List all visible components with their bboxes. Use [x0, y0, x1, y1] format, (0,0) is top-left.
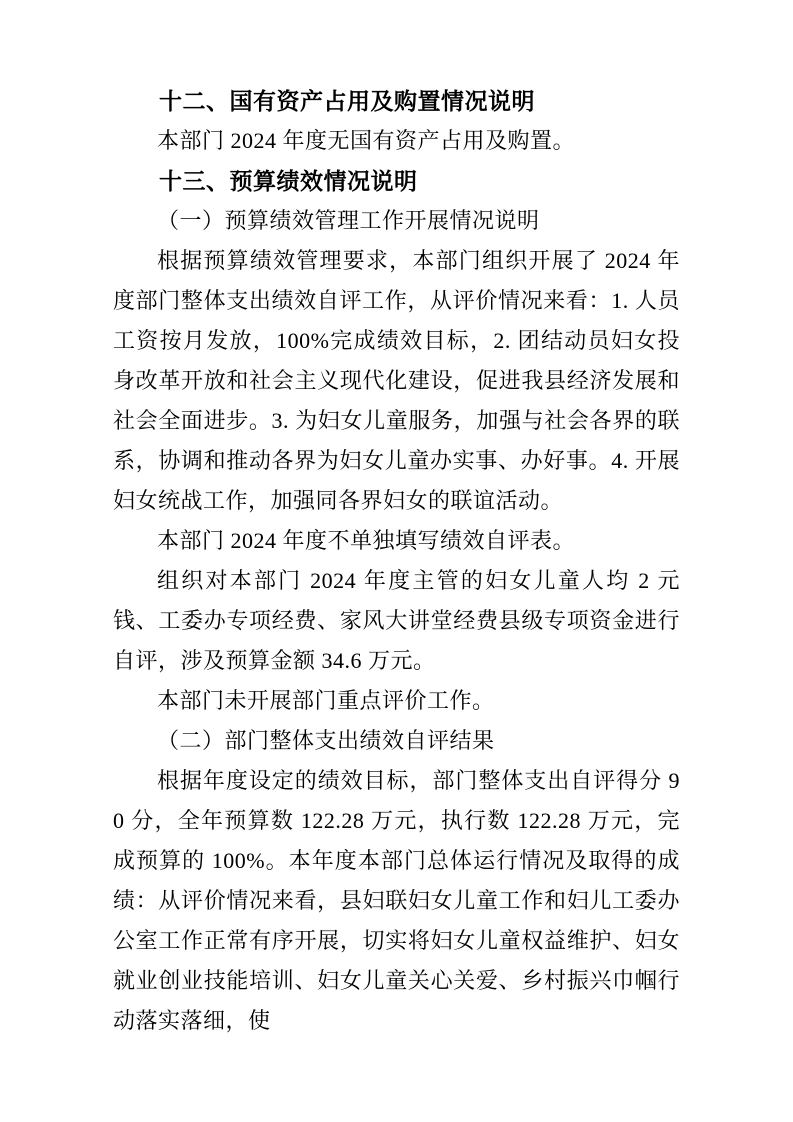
para-no-key-evaluation: 本部门未开展部门重点评价工作。: [113, 681, 680, 721]
subheading-performance-management: （一）预算绩效管理工作开展情况说明: [113, 201, 680, 241]
heading-state-assets: 十二、国有资产占用及购置情况说明: [113, 81, 680, 121]
document-page: 十二、国有资产占用及购置情况说明 本部门 2024 年度无国有资产占用及购置。 …: [0, 0, 793, 1122]
para-state-assets: 本部门 2024 年度无国有资产占用及购置。: [113, 121, 680, 161]
para-no-separate-table: 本部门 2024 年度不单独填写绩效自评表。: [113, 521, 680, 561]
subheading-selfassessment-result: （二）部门整体支出绩效自评结果: [113, 721, 680, 761]
para-special-funds-selfassessment: 组织对本部门 2024 年度主管的妇女儿童人均 2 元钱、工委办专项经费、家风大…: [113, 561, 680, 681]
heading-budget-performance: 十三、预算绩效情况说明: [113, 161, 680, 201]
document-content: 十二、国有资产占用及购置情况说明 本部门 2024 年度无国有资产占用及购置。 …: [113, 81, 680, 1041]
para-performance-selfassessment: 根据预算绩效管理要求，本部门组织开展了 2024 年度部门整体支出绩效自评工作，…: [113, 241, 680, 521]
para-selfassessment-result: 根据年度设定的绩效目标，部门整体支出自评得分 90 分，全年预算数 122.28…: [113, 761, 680, 1041]
